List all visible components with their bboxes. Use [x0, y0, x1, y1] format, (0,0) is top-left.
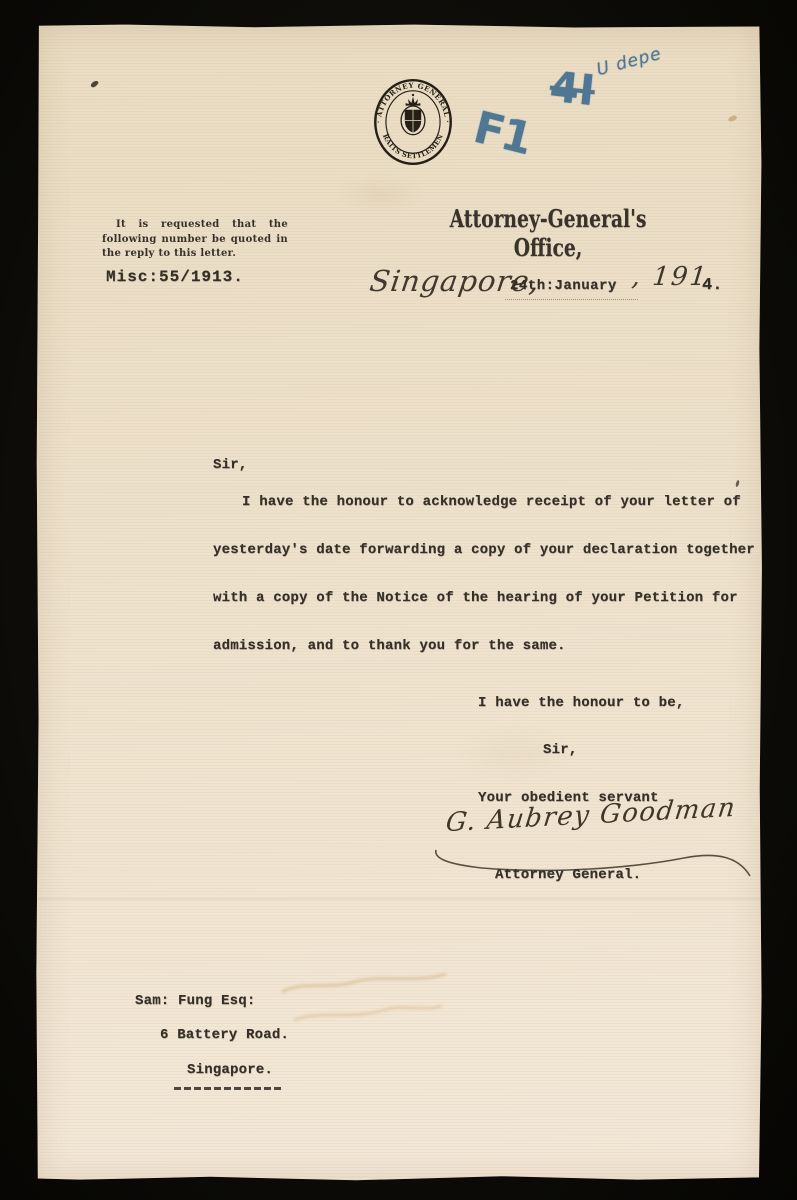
ink-bleed-through [274, 962, 454, 1046]
letter-paper: · ATTORNEY GENERAL · STRAITS SETTLEMENTS… [36, 24, 763, 1182]
closing-sir-line: Sir, [543, 742, 577, 758]
ink-speck [735, 480, 740, 488]
body-line-4: admission, and to thank you for the same… [213, 638, 566, 654]
blue-pencil-file-mark: F1 [469, 102, 536, 165]
salutation: Sir, [213, 457, 247, 473]
paper-fold-crease [36, 898, 763, 901]
blue-pencil-dept-note: U depe [595, 44, 664, 80]
closing-honour-line: I have the honour to be, [478, 695, 684, 711]
reference-number: Misc:55/1913. [106, 268, 244, 286]
typed-date: 24th:January [510, 278, 617, 294]
body-line-3: with a copy of the Notice of the hearing… [213, 590, 738, 606]
quote-number-request-note: It is requested that the following numbe… [102, 218, 288, 262]
recipient-city: Singapore. [187, 1062, 273, 1078]
body-line-1: I have the honour to acknowledge receipt… [242, 494, 741, 510]
foxing-speck [727, 115, 737, 123]
recipient-city-underline [174, 1087, 282, 1090]
body-line-2: yesterday's date forwarding a copy of yo… [213, 542, 755, 558]
attorney-general-seal-icon: · ATTORNEY GENERAL · STRAITS SETTLEMENTS [372, 76, 454, 168]
recipient-street: 6 Battery Road. [160, 1027, 289, 1043]
royal-crest-icon [401, 94, 425, 135]
scan-background: · ATTORNEY GENERAL · STRAITS SETTLEMENTS… [0, 0, 797, 1200]
typed-year-digit: 4. [702, 276, 722, 295]
blue-pencil-crossed-mark: 4I [548, 62, 598, 115]
paper-stain [336, 174, 426, 214]
ink-speck [90, 79, 99, 88]
office-title: Attorney-General's Office, [426, 204, 669, 262]
printed-year-prefix: , 191 [630, 262, 709, 292]
recipient-name: Sam: Fung Esq: [135, 993, 255, 1009]
signer-title: Attorney General. [495, 867, 641, 883]
